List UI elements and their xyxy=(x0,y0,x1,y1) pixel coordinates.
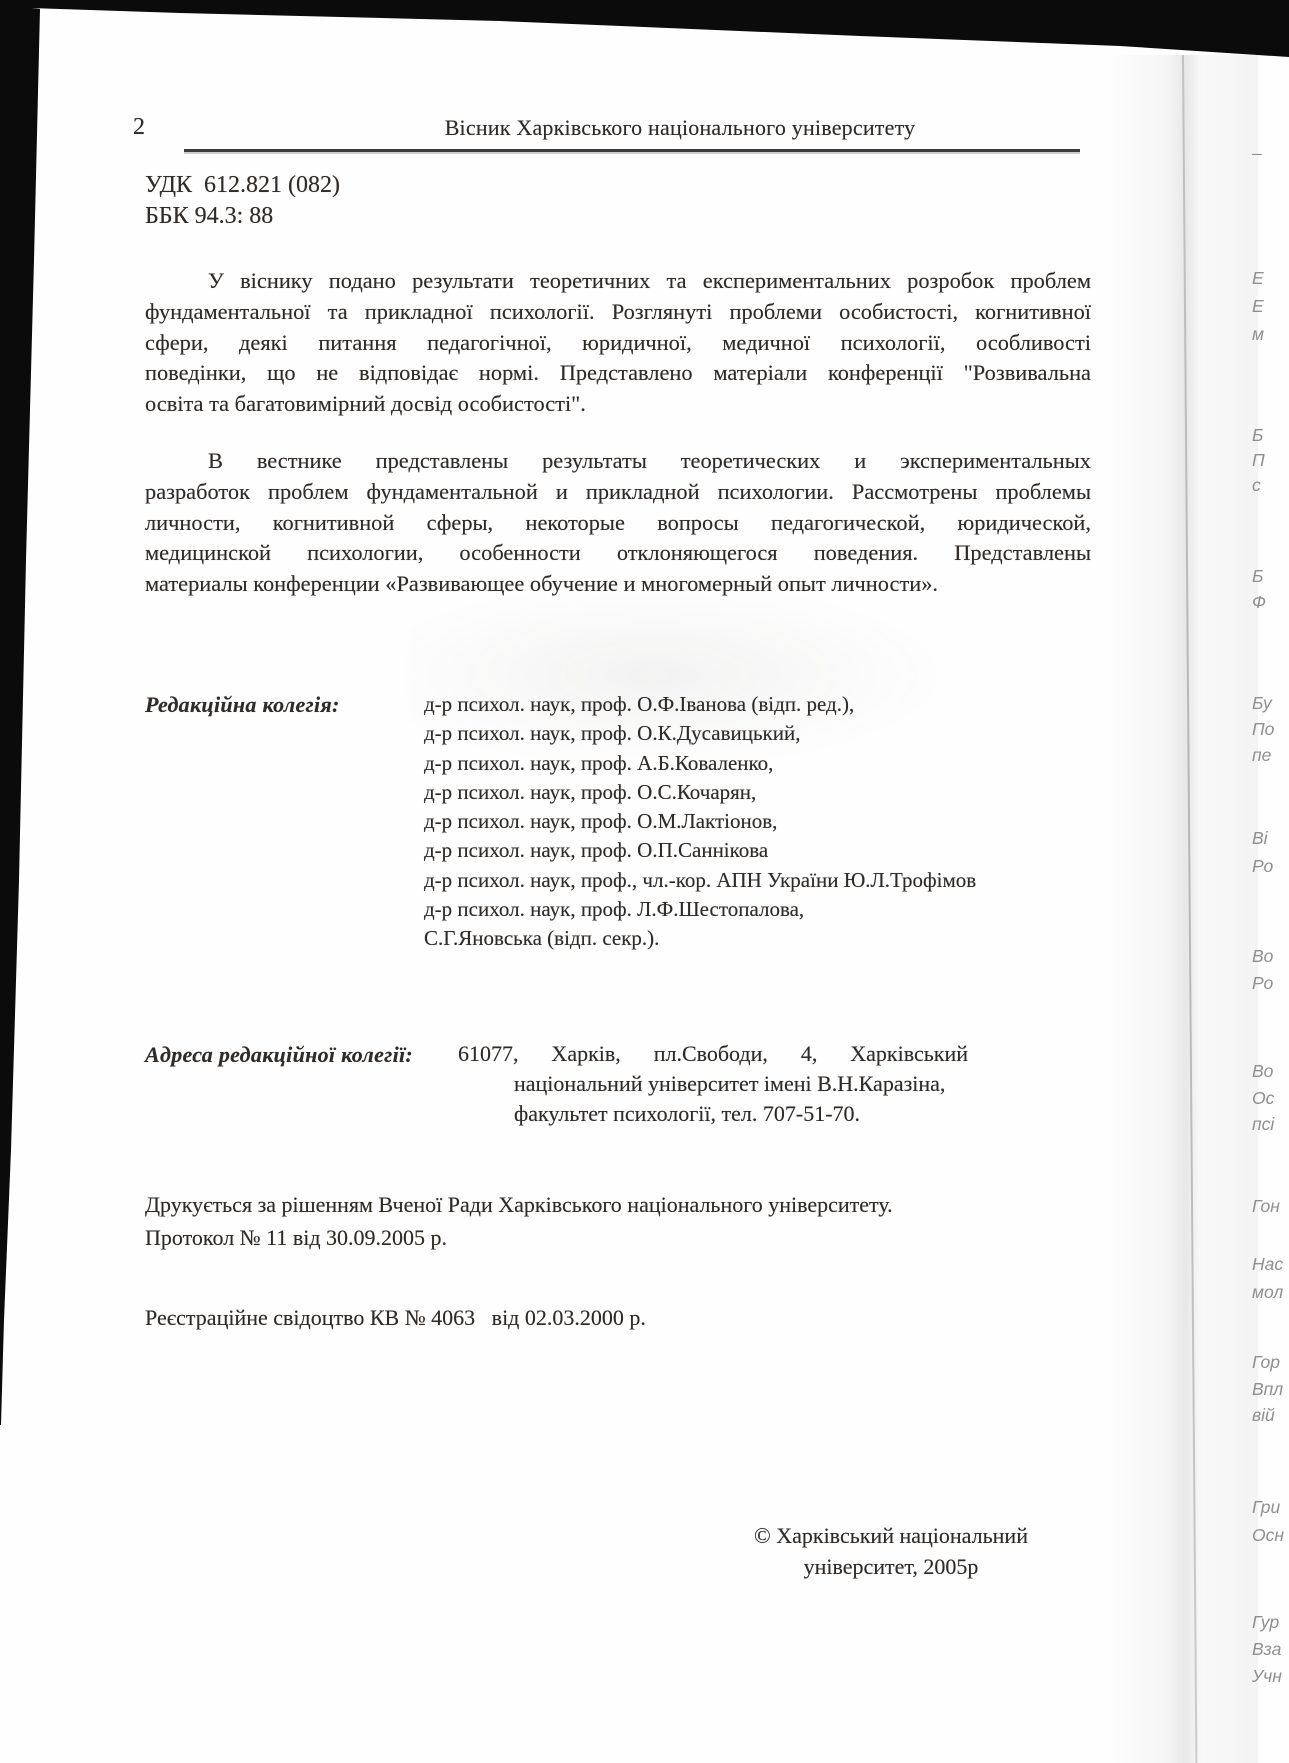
edge-fragment: вій xyxy=(1252,1405,1289,1426)
edge-fragment: Во xyxy=(1252,1061,1289,1082)
edge-fragment: Е xyxy=(1252,296,1289,317)
edge-fragment: Вза xyxy=(1252,1639,1289,1660)
edge-fragment: Ро xyxy=(1252,856,1289,877)
edge-fragment: Б xyxy=(1252,566,1289,587)
edge-fragment: Ф xyxy=(1252,592,1289,613)
edge-fragment: псі xyxy=(1252,1114,1289,1135)
edge-fragment: Учн xyxy=(1252,1666,1289,1687)
edge-fragment: По xyxy=(1252,719,1289,740)
edge-fragment: Гор xyxy=(1252,1352,1289,1373)
edge-fragment: Ро xyxy=(1252,973,1289,994)
edge-fragment: Ос xyxy=(1252,1088,1289,1109)
edge-fragment: пе xyxy=(1252,745,1289,766)
edge-fragment: Во xyxy=(1252,946,1289,967)
edge-fragment: Гур xyxy=(1252,1612,1289,1633)
edge-fragment: Б xyxy=(1252,425,1289,446)
edge-fragment: Нас xyxy=(1252,1254,1289,1275)
edge-fragment: Ві xyxy=(1252,828,1289,849)
edge-fragment: Впл xyxy=(1252,1379,1289,1400)
edge-fragment: Е xyxy=(1252,268,1289,289)
adjacent-page-fragments: –ЕЕмБПсБФБуПопеВіРоВоРоВоОспсіГонНасмолГ… xyxy=(0,0,1289,1763)
edge-fragment: м xyxy=(1252,324,1289,345)
edge-fragment: Бу xyxy=(1252,693,1289,714)
edge-fragment: П xyxy=(1252,450,1289,471)
edge-fragment: мол xyxy=(1252,1282,1289,1303)
edge-fragment: с xyxy=(1252,475,1289,496)
edge-fragment: – xyxy=(1252,143,1289,164)
scanned-document-page: 2 Вісник Харківського національного унів… xyxy=(0,0,1289,1763)
edge-fragment: Осн xyxy=(1252,1525,1289,1546)
edge-fragment: Гон xyxy=(1252,1196,1289,1217)
edge-fragment: Гри xyxy=(1252,1497,1289,1518)
